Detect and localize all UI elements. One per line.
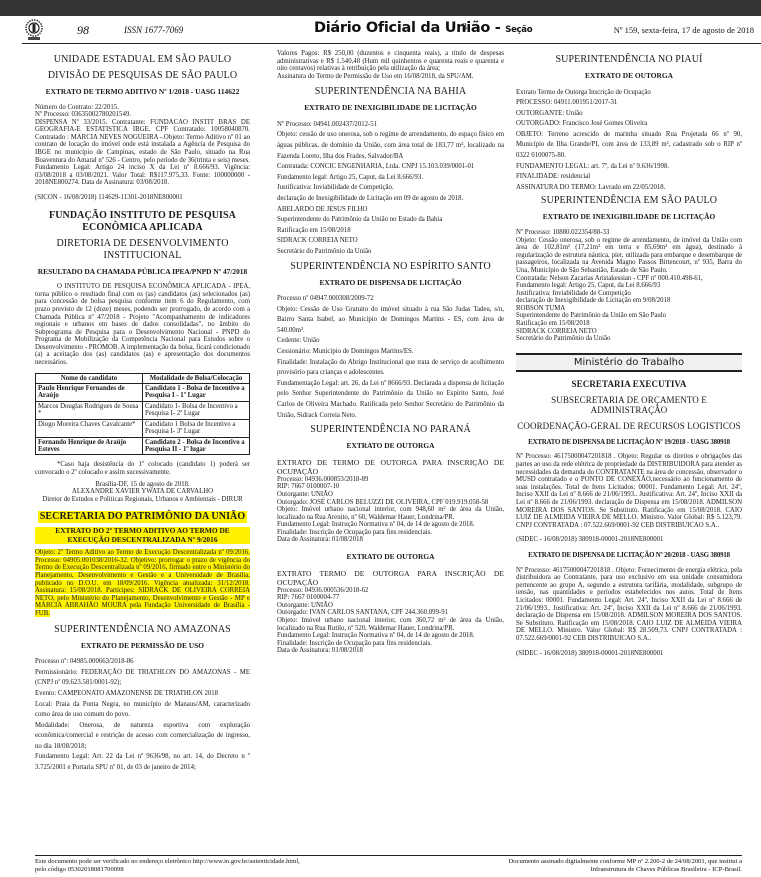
text-line: Contratada: CONCIC ENGENHARIA, Ltda. CNP… [277,162,504,173]
page-number: 98 [77,23,89,38]
footer-verification: Este documento pode ser verificado no en… [35,858,375,873]
org-heading: SUPERINTENDÊNCIA EM SÃO PAULO [516,195,742,207]
text-line: Fundamento Legal: Instrução Normativa nº… [277,521,504,529]
text-line: Outorgante: UNIÃO [277,602,504,610]
text-line: Secretário do Patrimônio da União [277,247,504,258]
text-line: Justificativa: Inviabilidade de Competiç… [277,183,504,194]
text-line: declaração de Inexigibilidade de Licitaç… [277,194,504,205]
footer-signature-note: Documento assinado digitalmente conforme… [400,858,742,873]
sidec-ref: (SIDEC - 16/08/2018) 380918-00001-2018NE… [516,650,742,658]
text-line: RIP: 7667 0100007-10 [277,483,504,491]
extract-title: EXTRATO DE OUTORGA [277,442,504,451]
extract-title-highlighted: EXTRATO DO 2º TERMO ADITIVO AO TERMO DE … [35,527,250,544]
text-line: Finalidade: Instalação do Abrigo Institu… [277,358,504,379]
text-line: ASSINATURA DO TERMO: Lavrado em 22/05/20… [516,183,742,194]
extract-title: EXTRATO DE INEXIGIBILIDADE DE LICITAÇÃO [516,213,742,222]
text-line: Superintendente do Patrimônio da União n… [277,215,504,226]
extract-title: RESULTADO DA CHAMADA PÚBLICA IPEA/PNPD N… [35,268,250,277]
table-header-row: Nome do candidato Modalidade de Bolsa/Co… [36,373,250,383]
text-line: Fundamentação Legal: art. 26, da Lei nº … [277,379,504,421]
newspaper-title: Diário Oficial da União - Seção [314,20,532,36]
text-line: Permissionário: FEDERAÇÃO DE TRIATHLON D… [35,668,250,689]
text-line: Número do Contrato: 22/2015. [35,104,250,112]
text-line: Outorgado: JOSÉ CARLOS BELUZZI DE OLIVEI… [277,499,504,507]
extract-body: DISPENSA Nº 33/2015. Contratante: FUNDAC… [35,119,250,187]
signature-place-date: Brasília-DF, 15 de agosto de 2018. [35,481,250,489]
text-line: Ratificação em 15/08/2018 [516,320,742,328]
text-line: Processo nº: 04985.000663/2018-86 [35,657,250,668]
text-line: Outorgado: IVAN CARLOS SANTANA, CPF 244.… [277,609,504,617]
extract-title: EXTRATO DE DISPENSA DE LICITAÇÃO Nº 20/2… [516,552,742,560]
footer-signature-line: Documento assinado digitalmente conforme… [400,858,742,866]
table-row: Diogo Moreira Chaves Cavalcante* Candida… [36,419,250,437]
extract-title: EXTRATO DE OUTORGA [516,72,742,81]
section-number: 3 [462,22,467,33]
column-3: SUPERINTENDÊNCIA NO PIAUÍ EXTRATO DE OUT… [516,50,742,657]
org-heading: SUPERINTENDÊNCIA NO ESPÍRITO SANTO [277,261,504,273]
candidate-name: Marcos Douglas Rodrigues de Sousa * [36,401,143,419]
footnote: *Caso haja desistência do 1º colocado (c… [35,461,250,476]
column-2: Valores Pagos: R$ 250,00 (duzentos e cin… [277,50,504,655]
candidate-name: Paulo Henrique Fernandes de Araújo [36,384,143,402]
text-line: Data de Assinatura: 01/08/2018 [277,647,504,655]
text-line: SIDRACK CORREIA NETO [516,328,742,336]
text-line: Assinatura do Termo de Permissão de Uso … [277,73,504,81]
text-line: Objeto: Cessão de Uso Gratuito do imóvel… [277,305,504,337]
text-line: Objeto: cessão de uso onerosa, sob o reg… [277,130,504,162]
text-line: Fundamento legal: Artigo 25, Caput, da L… [516,282,742,290]
issn: ISSN 1677-7069 [124,25,183,35]
extract-title: EXTRATO DE INEXIGIBILIDADE DE LICITAÇÃO [277,104,504,113]
text-line: Outorgante: UNIÃO [277,491,504,499]
text-line: RIP: 7667 0100004-77 [277,594,504,602]
text-line: EXTRATO DE TERMO DE OUTORGA PARA INSCRIÇ… [277,458,504,476]
text-line: Processo: 04936.000853/2018-89 [277,476,504,484]
footer-verification-code: pelo código 05302018081700098 [35,866,375,874]
org-heading: SUBSECRETARIA DE ORÇAMENTO E ADMINISTRAÇ… [516,395,742,415]
table-row: Marcos Douglas Rodrigues de Sousa * Cand… [36,401,250,419]
org-heading: FUNDAÇÃO INSTITUTO DE PESQUISA ECONÔMICA… [35,210,250,234]
candidate-name: Fernando Henrique de Araújo Esteves [36,437,143,455]
text-line: Objeto: Imóvel urbano nacional interior,… [277,617,504,632]
text-line: Objeto: Imóvel urbano nacional interior,… [277,506,504,521]
signature-role: Diretor de Estudos e Políticas Regionais… [35,496,250,504]
ministry-banner: Ministério do Trabalho [516,353,742,372]
column-header: Modalidade de Bolsa/Colocação [143,373,250,383]
org-heading: SUPERINTENDÊNCIA NO PARANÁ [277,424,504,436]
text-line: EXTRATO TERMO DE OUTORGA PARA INSCRIÇÃO … [277,569,504,587]
org-heading: UNIDADE ESTADUAL EM SÃO PAULO [35,54,250,66]
candidate-name: Diogo Moreira Chaves Cavalcante* [36,419,143,437]
footer-verification-line: Este documento pode ser verificado no en… [35,858,375,866]
extract-title: EXTRATO DE DISPENSA DE LICITAÇÃO [277,279,504,288]
text-line: Processo nº 04947.000308/2009-72 [277,294,504,305]
candidates-table: Nome do candidato Modalidade de Bolsa/Co… [35,373,250,456]
org-heading: DIVISÃO DE PESQUISAS DE SÃO PAULO [35,70,250,82]
text-line: Objeto: Cessão onerosa, sob o regime de … [516,237,742,275]
text-line: ROBSON TUMA [516,305,742,313]
candidate-modalidade: Candidato 1 Bolsa de Incentivo a Pesquis… [143,419,250,437]
extract-title: EXTRATO DE TERMO ADITIVO Nº 1/2018 - UAS… [35,88,250,97]
text-line: declaração de Inexigibilidade de Licitaç… [516,297,742,305]
text-line: Fundamento Legal: Art. 22 da Lei nº 9636… [35,752,250,773]
org-heading: SUPERINTENDÊNCIA NA BAHIA [277,86,504,98]
signature-name: ALEXANDRE XAVIER YWATA DE CARVALHO [35,488,250,496]
brasao-imprensa-nacional-icon [24,18,44,42]
text-line: Extrato Termo de Outorga Inscrição de Oc… [516,88,742,99]
extract-body: O INSTITUTO DE PESQUISA ECONÔMICA APLICA… [35,283,250,367]
text-line: OUTORGADO: Francisco José Gomes Oliveira [516,119,742,130]
org-heading-highlighted: SECRETARIA DO PATRIMÔNIO DA UNIÃO [38,511,248,523]
text-line: FINALIDADE: residencial [516,172,742,183]
table-row: Fernando Henrique de Araújo Esteves Cand… [36,437,250,455]
text-line: Nº Processo: 10880.022354/88-33 [516,229,742,237]
text-line: Cedente: União [277,336,504,347]
text-line: ABELARDO DE JESUS FILHO [277,205,504,216]
text-line: OBJETO: Terreno acrescido de marinha sit… [516,130,742,162]
extract-body-highlighted: Objeto: 2º Termo Aditivo ao Termo de Exe… [35,549,250,617]
extract-body: Nº Processo: 46175000047201818 . Objeto:… [516,453,742,529]
candidate-modalidade: Candidato 2 - Bolsa de Incentivo a Pesqu… [143,437,250,455]
text-line: Nº Processo: 04941.002437/2012-51 [277,120,504,131]
org-heading: SUPERINTENDÊNCIA NO AMAZONAS [35,624,250,636]
column-1: UNIDADE ESTADUAL EM SÃO PAULO DIVISÃO DE… [35,50,250,774]
text-line: Contratada: Nelson Zacarias Aristakessia… [516,275,742,283]
candidate-modalidade: Candidato 1 - Bolsa de Incentivo a Pesqu… [143,384,250,402]
text-line: Justificativa: Inviabilidade de Competiç… [516,290,742,298]
candidate-modalidade: Candidato 1- Bolsa de Incentivo a Pesqui… [143,401,250,419]
footer-divider [35,855,742,856]
text-line: Evento: CAMPEONATO AMAZONENSE DE TRIATHL… [35,689,250,700]
org-heading: COORDENAÇÃO-GERAL DE RECURSOS LOGISTICOS [516,421,742,431]
text-line: OUTORGANTE: União [516,109,742,120]
text-line: FUNDAMENTO LEGAL: art. 7º, da Lei nº 9.6… [516,162,742,173]
extract-title: EXTRATO DE PERMISSÃO DE USO [35,642,250,651]
issue-date: Nº 159, sexta-feira, 17 de agosto de 201… [614,25,754,35]
text-line: Nº Processo: 03635002780201549. [35,111,250,119]
section-label: Seção [505,25,532,35]
text-line: Finalidade: Inscrição de Ocupação para f… [277,529,504,537]
text-line: Fundamento Legal: Instrução Normativa nº… [277,632,504,640]
page-header: 98 ISSN 1677-7069 Diário Oficial da Uniã… [22,18,761,44]
org-heading: DIRETORIA DE DESENVOLVIMENTO INSTITUCION… [35,238,250,262]
sidec-ref: (SIDEC - 16/08/2018) 380918-00001-2018NE… [516,536,742,544]
sicon-ref: (SICON - 16/08/2018) 114629-11301-2018NE… [35,194,250,202]
extract-body: Nº Processo: 46175000047201818 . Objeto:… [516,567,742,643]
text-line: PROCESSO: 04911.001951/2017-31 [516,98,742,109]
org-heading: SECRETARIA EXECUTIVA [516,378,742,390]
text-line: Valores Pagos: R$ 250,00 (duzentos e cin… [277,50,504,73]
viewer-top-bar [0,0,761,16]
text-line: SIDRACK CORREIA NETO [277,236,504,247]
text-line: Ratificação em 15/08/2018 [277,226,504,237]
extract-title: EXTRATO DE OUTORGA [277,553,504,562]
text-line: Secretário do Patrimônio da União [516,335,742,343]
text-line: Finalidade: Inscrição de Ocupação para f… [277,640,504,648]
text-line: Processo: 04936.000536/2018-62 [277,587,504,595]
text-line: Fundamento legal: Artigo 25, Caput, da L… [277,173,504,184]
table-row: Paulo Henrique Fernandes de Araújo Candi… [36,384,250,402]
text-line: Superintendente do Patrimônio da União e… [516,312,742,320]
text-line: Modalidade: Onerosa, de natureza esporti… [35,721,250,753]
text-line: Data de Assinatura: 01/08/2018 [277,536,504,544]
text-line: Local: Praia da Ponta Negra, no municípi… [35,700,250,721]
text-line: Cessionário: Município de Domingos Marti… [277,347,504,358]
org-heading: SUPERINTENDÊNCIA NO PIAUÍ [516,54,742,66]
extract-title: EXTRATO DE DISPENSA DE LICITAÇÃO Nº 19/2… [516,439,742,447]
footer-signature-line: Infraestrutura de Chaves Públicas Brasil… [400,866,742,874]
column-header: Nome do candidato [36,373,143,383]
